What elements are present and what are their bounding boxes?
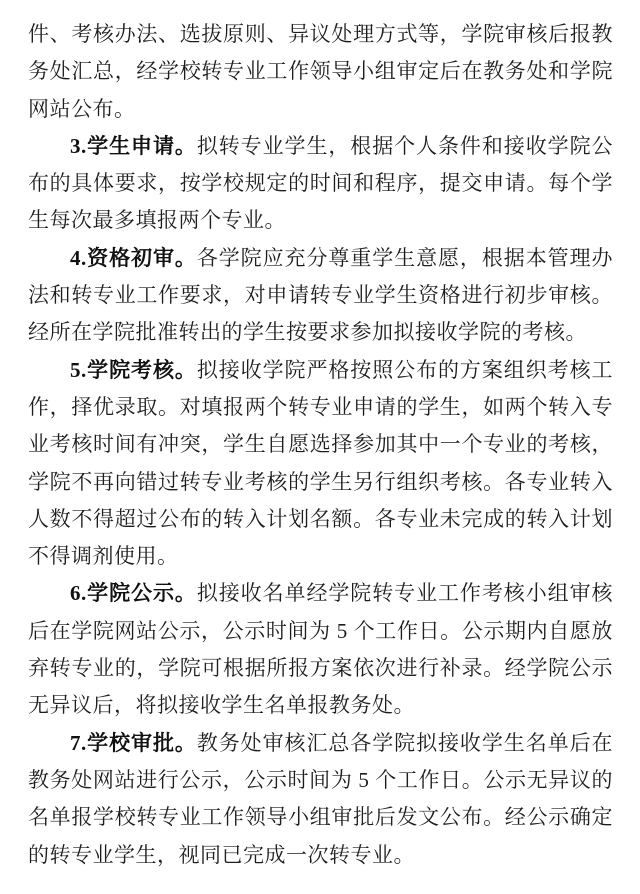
paragraph-item-5-heading: 5.学院考核。 xyxy=(70,358,197,382)
paragraph-item-4-heading: 4.资格初审。 xyxy=(70,246,197,270)
paragraph-item-5: 5.学院考核。拟接收学院严格按照公布的方案组织考核工作，择优录取。对填报两个转专… xyxy=(28,352,613,576)
paragraph-continuation-body: 件、考核办法、选拔原则、异议处理方式等，学院审核后报教务处汇总，经学校转专业工作… xyxy=(28,22,613,121)
document-page: 件、考核办法、选拔原则、异议处理方式等，学院审核后报教务处汇总，经学校转专业工作… xyxy=(28,16,613,874)
paragraph-item-3: 3.学生申请。拟转专业学生，根据个人条件和接收学院公布的具体要求，按学校规定的时… xyxy=(28,128,613,240)
paragraph-item-3-heading: 3.学生申请。 xyxy=(70,134,197,158)
paragraph-item-6-heading: 6.学院公示。 xyxy=(70,581,197,605)
paragraph-item-6: 6.学院公示。拟接收名单经学院转专业工作考核小组审核后在学院网站公示，公示时间为… xyxy=(28,575,613,724)
paragraph-item-7: 7.学校审批。教务处审核汇总各学院拟接收学生名单后在教务处网站进行公示，公示时间… xyxy=(28,725,613,874)
paragraph-item-7-heading: 7.学校审批。 xyxy=(70,731,197,755)
paragraph-item-5-body: 拟接收学院严格按照公布的方案组织考核工作，择优录取。对填报两个转专业申请的学生，… xyxy=(28,358,613,568)
paragraph-continuation: 件、考核办法、选拔原则、异议处理方式等，学院审核后报教务处汇总，经学校转专业工作… xyxy=(28,16,613,128)
paragraph-item-4: 4.资格初审。各学院应充分尊重学生意愿，根据本管理办法和转专业工作要求，对申请转… xyxy=(28,240,613,352)
